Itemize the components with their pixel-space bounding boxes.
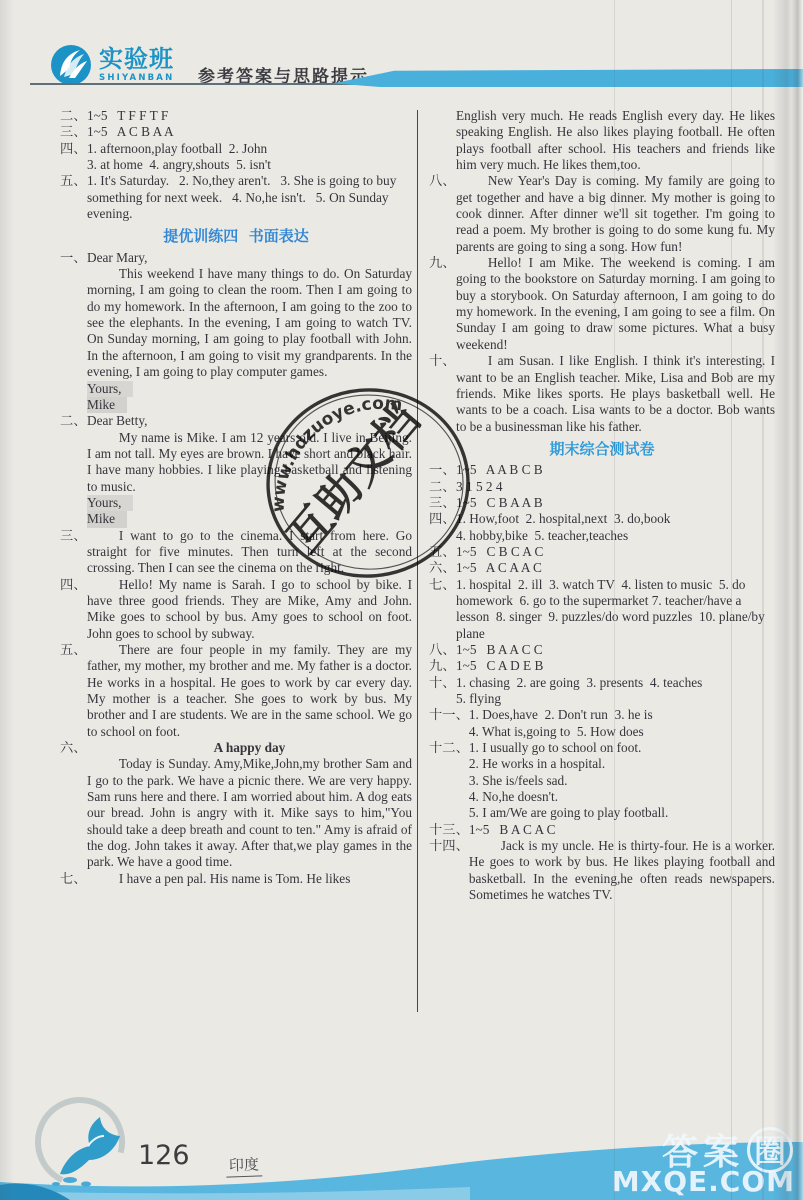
essay-paragraph: This weekend I have many things to do. O… [87, 266, 412, 380]
signature-yours: Yours, [87, 381, 133, 397]
answer-text: 1~5 B A C A C [469, 822, 775, 838]
essay-block: 九、Hello! I am Mike. The weekend is comin… [429, 255, 775, 353]
answer-row: 三、1~5 A C B A A [60, 124, 412, 140]
essay-block: 七、I have a pen pal. His name is Tom. He … [60, 871, 412, 887]
answer-label: 十三、 [429, 822, 469, 838]
essay-block: 六、A happy dayToday is Sunday. Amy,Mike,J… [60, 740, 412, 871]
answer-text: 1~5 A A B C B [456, 462, 775, 478]
essay-paragraph: Today is Sunday. Amy,Mike,John,my brothe… [87, 756, 412, 870]
essay-body: New Year's Day is coming. My family are … [456, 173, 775, 255]
answer-row: 六、1~5 A C A A C [429, 560, 775, 576]
answer-label: 九、 [429, 658, 456, 674]
answer-row: 三、1~5 C B A A B [429, 495, 775, 511]
signature-name: Mike [87, 397, 127, 413]
answer-text: 1~5 C B C A C [456, 544, 775, 560]
essay-body: There are four people in my family. They… [87, 642, 412, 740]
answer-label: 十、 [429, 675, 456, 691]
answer-row: 一、1~5 A A B C B [429, 462, 775, 478]
essay-block: 八、New Year's Day is coming. My family ar… [429, 173, 775, 255]
left-answer-list: 二、1~5 T F F T F三、1~5 A C B A A四、1. after… [60, 108, 412, 222]
answer-row: 七、1. hospital 2. ill 3. watch TV 4. list… [429, 577, 775, 642]
page-edge-shadow [0, 0, 14, 1200]
header-band-decoration [333, 69, 803, 87]
essay-label: 七、 [60, 871, 87, 887]
answer-label: 二、 [60, 108, 87, 124]
essay-label: 八、 [429, 173, 456, 189]
answer-text: 1. afternoon,play football 2. John 3. at… [87, 141, 412, 174]
answer-row: 二、3 1 5 2 4 [429, 479, 775, 495]
signature-name: Mike [87, 511, 127, 527]
essay-block: 四、Hello! My name is Sarah. I go to schoo… [60, 577, 412, 642]
answer-text: 1. I usually go to school on foot. 2. He… [469, 740, 775, 822]
answer-text: 1. hospital 2. ill 3. watch TV 4. listen… [456, 577, 775, 642]
dolphin-logo-icon [26, 1090, 138, 1199]
essay-body: A happy dayToday is Sunday. Amy,Mike,Joh… [87, 740, 412, 871]
answer-row: 十三、1~5 B A C A C [429, 822, 775, 838]
answer-text: 1. Does,have 2. Don't run 3. he is 4. Wh… [469, 707, 775, 740]
answer-text: 3 1 5 2 4 [456, 479, 775, 495]
essay-label: 十四、 [429, 838, 469, 854]
essay-block: 十、I am Susan. I like English. I think it… [429, 353, 775, 435]
essay-block: 五、There are four people in my family. Th… [60, 642, 412, 740]
essay-salutation: Dear Mary, [87, 250, 412, 266]
site-watermark-url: MXQE.COM [612, 1165, 795, 1198]
section-header-final-test: 期末综合测试卷 [429, 441, 775, 457]
essay-paragraph: There are four people in my family. They… [87, 642, 412, 740]
essay-paragraph: Hello! My name is Sarah. I go to school … [87, 577, 412, 642]
page-edge-shadow [773, 0, 803, 1200]
essay-body: I have a pen pal. His name is Tom. He li… [87, 871, 412, 887]
page-number: 126 [138, 1140, 190, 1171]
essay-paragraph: I am Susan. I like English. I think it's… [456, 353, 775, 435]
right-essay-list: 八、New Year's Day is coming. My family ar… [429, 173, 775, 435]
answer-row: 十二、1. I usually go to school on foot. 2.… [429, 740, 775, 822]
essay-label: 十、 [429, 353, 456, 369]
answer-row: 九、1~5 C A D E B [429, 658, 775, 674]
answer-label: 三、 [60, 124, 87, 140]
essay-body: Jack is my uncle. He is thirty-four. He … [469, 838, 775, 903]
answer-row: 五、1~5 C B C A C [429, 544, 775, 560]
answer-row: 十、1. chasing 2. are going 3. presents 4.… [429, 675, 775, 708]
essay-paragraph: New Year's Day is coming. My family are … [456, 173, 775, 255]
answer-text: 1. chasing 2. are going 3. presents 4. t… [456, 675, 775, 708]
answer-row: 四、1. How,foot 2. hospital,next 3. do,boo… [429, 511, 775, 544]
essay-label: 四、 [60, 577, 87, 593]
answer-text: 1. It's Saturday. 2. No,they aren't. 3. … [87, 173, 412, 222]
essay-label: 三、 [60, 528, 87, 544]
section-header-training4: 提优训练四 书面表达 [60, 228, 412, 244]
answer-row: 八、1~5 B A A C C [429, 642, 775, 658]
answer-label: 十二、 [429, 740, 469, 756]
answer-label: 五、 [60, 173, 87, 189]
answer-label: 十一、 [429, 707, 469, 723]
answer-row: 十一、1. Does,have 2. Don't run 3. he is 4.… [429, 707, 775, 740]
final-essay-container: 十四、Jack is my uncle. He is thirty-four. … [429, 838, 775, 903]
right-answer-list: 一、1~5 A A B C B二、3 1 5 2 4三、1~5 C B A A … [429, 462, 775, 838]
essay-paragraph: Jack is my uncle. He is thirty-four. He … [469, 838, 775, 903]
essay-paragraph: Hello! I am Mike. The weekend is coming.… [456, 255, 775, 353]
brand-logo: 实验班 SHIYANBAN [50, 44, 174, 86]
answer-text: 1. How,foot 2. hospital,next 3. do,book … [456, 511, 775, 544]
answer-text: 1~5 C B A A B [456, 495, 775, 511]
handwritten-note: 印度 [226, 1153, 263, 1177]
answer-text: 1~5 C A D E B [456, 658, 775, 674]
essay-block: 十四、Jack is my uncle. He is thirty-four. … [429, 838, 775, 903]
right-column: English very much. He reads English ever… [429, 108, 775, 904]
essay-body: Hello! My name is Sarah. I go to school … [87, 577, 412, 642]
continuation-paragraph: English very much. He reads English ever… [456, 108, 775, 173]
essay-label: 五、 [60, 642, 87, 658]
signature-yours: Yours, [87, 495, 133, 511]
answer-row: 二、1~5 T F F T F [60, 108, 412, 124]
essay-title: A happy day [87, 740, 412, 756]
answer-label: 四、 [60, 141, 87, 157]
essay-body: I am Susan. I like English. I think it's… [456, 353, 775, 435]
brand-name: 实验班 [99, 47, 174, 71]
essay-label: 一、 [60, 250, 87, 266]
essay-label: 九、 [429, 255, 456, 271]
answer-text: 1~5 A C B A A [87, 124, 412, 140]
answer-text: 1~5 A C A A C [456, 560, 775, 576]
shiyanban-logo-icon [50, 44, 92, 86]
essay-paragraph: I have a pen pal. His name is Tom. He li… [87, 871, 412, 887]
hand-stamp-watermark: 互助文档 www.hdzuoye.com [262, 384, 474, 586]
answer-text: 1~5 B A A C C [456, 642, 775, 658]
essay-label: 六、 [60, 740, 87, 756]
answer-text: 1~5 T F F T F [87, 108, 412, 124]
answer-label: 八、 [429, 642, 456, 658]
brand-subtitle: SHIYANBAN [99, 74, 174, 83]
stamp-text: 互助文档 [278, 395, 430, 563]
answer-row: 五、1. It's Saturday. 2. No,they aren't. 3… [60, 173, 412, 222]
answer-row: 四、1. afternoon,play football 2. John 3. … [60, 141, 412, 174]
essay-label: 二、 [60, 413, 87, 429]
essay-body: Hello! I am Mike. The weekend is coming.… [456, 255, 775, 353]
